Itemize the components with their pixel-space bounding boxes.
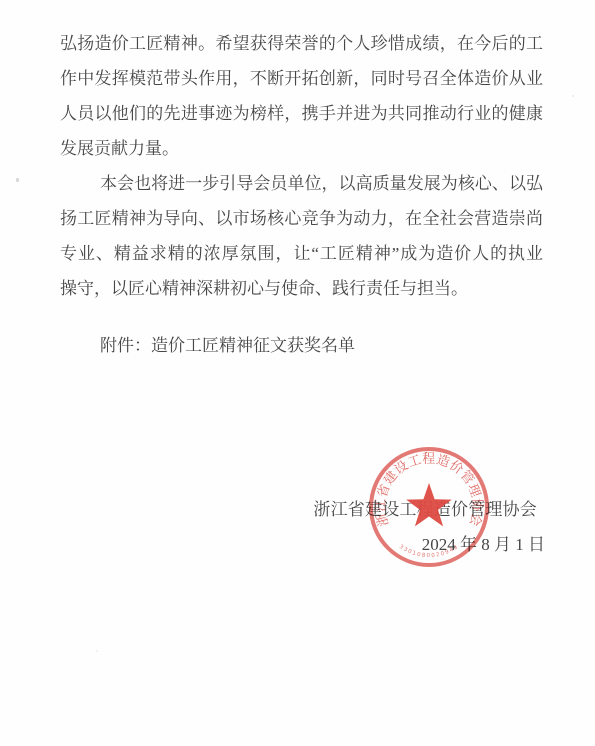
scan-speck <box>16 178 19 182</box>
seal-star-layer <box>364 442 494 572</box>
paragraph2-line: 专业、精益求精的浓厚氛围，让“工匠精神”成为造价人的执业 <box>60 236 543 271</box>
paragraph1-line: 人员以他们的先进事迹为榜样，携手并进为共同推动行业的健康 <box>60 96 543 131</box>
scan-speck <box>96 650 98 652</box>
paragraph2-line: 扬工匠精神为导向、以市场核心竞争为动力，在全社会营造崇尚 <box>60 201 543 236</box>
paragraph2-line: 本会也将进一步引导会员单位，以高质量发展为核心、以弘 <box>60 166 543 201</box>
scanned-document-page: 弘扬造价工匠精神。希望获得荣誉的个人珍惜成绩，在今后的工 作中发挥模范带头作用，… <box>0 0 595 746</box>
attachment-reference: 附件：造价工匠精神征文获奖名单 <box>100 328 355 363</box>
red-star-icon <box>406 483 452 526</box>
paragraph1-line: 发展贡献力量。 <box>60 131 543 166</box>
paragraph2-line: 操守，以匠心精神深耕初心与使命、践行责任与担当。 <box>60 271 543 306</box>
paragraph1-line: 弘扬造价工匠精神。希望获得荣誉的个人珍惜成绩，在今后的工 <box>60 26 543 61</box>
paragraph1-line: 作中发挥模范带头作用，不断开拓创新，同时号召全体造价从业 <box>60 61 543 96</box>
document-body: 弘扬造价工匠精神。希望获得荣誉的个人珍惜成绩，在今后的工 作中发挥模范带头作用，… <box>60 26 543 306</box>
scan-speck <box>572 95 574 97</box>
